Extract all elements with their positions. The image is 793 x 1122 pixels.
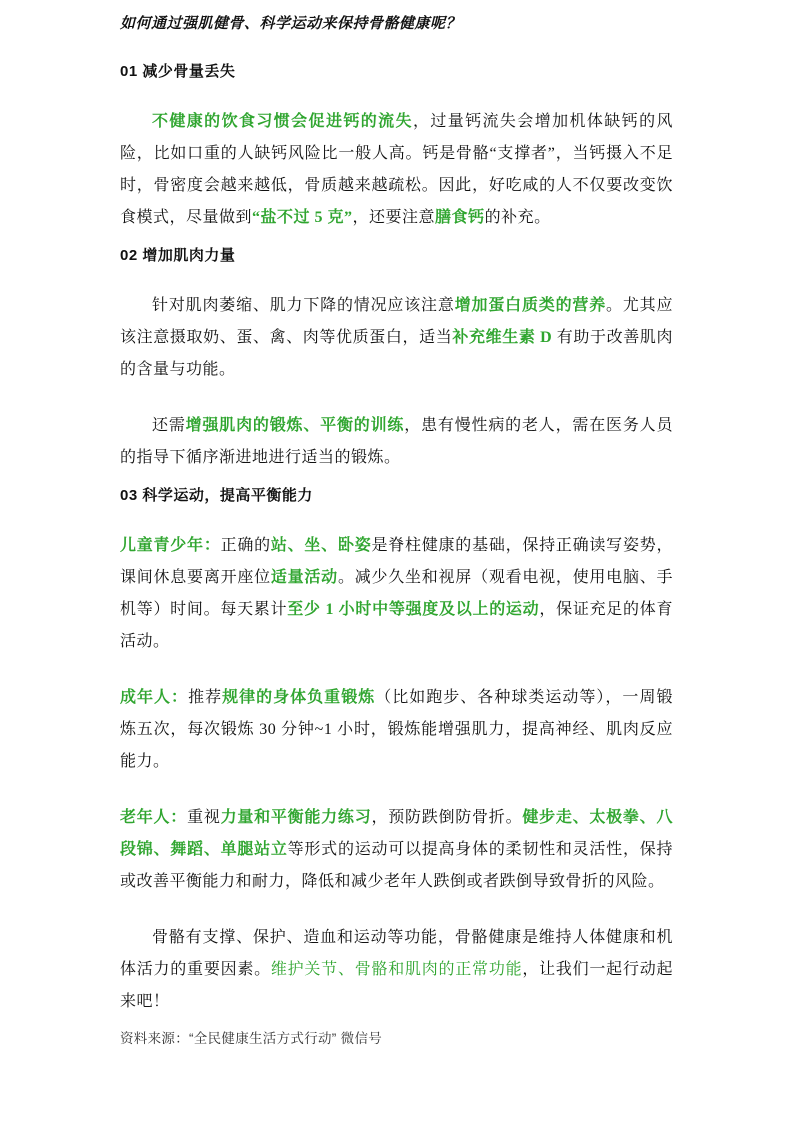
text-run: 补充维生素 D <box>452 329 552 346</box>
text-run: 膳食钙 <box>435 209 485 226</box>
text-run: 增强肌肉的锻炼、平衡的训练 <box>186 417 405 434</box>
text-run: 推荐 <box>188 689 222 706</box>
text-run: 还需 <box>152 417 186 434</box>
section-heading-reduce-bone-loss: 01 减少骨量丢失 <box>120 62 673 82</box>
text-run: 儿童青少年： <box>120 537 221 554</box>
paragraph-protein-nutrition: 针对肌肉萎缩、肌力下降的情况应该注意增加蛋白质类的营养。尤其应该注意摄取奶、蛋、… <box>120 290 673 386</box>
text-run: 规律的身体负重锻炼 <box>222 689 375 706</box>
text-run: 重视 <box>187 809 221 826</box>
text-run: 针对肌肉萎缩、肌力下降的情况应该注意 <box>152 297 455 314</box>
text-run: 增加蛋白质类的营养 <box>455 297 606 314</box>
text-run: 正确的 <box>221 537 271 554</box>
paragraph-adults: 成年人：推荐规律的身体负重锻炼（比如跑步、各种球类运动等），一周锻炼五次，每次锻… <box>120 682 673 778</box>
text-run: 至少 1 小时中等强度及以上的运动 <box>287 601 539 618</box>
text-run: 适量活动 <box>271 569 338 586</box>
text-run: ，还要注意 <box>353 209 436 226</box>
section-heading-scientific-exercise: 03 科学运动，提高平衡能力 <box>120 486 673 506</box>
text-run: 维护关节、骨骼和肌肉的正常功能 <box>271 961 522 978</box>
source-note: 资料来源：“全民健康生活方式行动” 微信号 <box>120 1030 673 1048</box>
article-title: 如何通过强肌健骨、科学运动来保持骨骼健康呢？ <box>120 14 673 34</box>
paragraph-closing: 骨骼有支撑、保护、造血和运动等功能，骨骼健康是维持人体健康和机体活力的重要因素。… <box>120 922 673 1018</box>
text-run: 老年人： <box>120 809 187 826</box>
text-run: 站、坐、卧姿 <box>271 537 372 554</box>
text-run: 成年人： <box>120 689 188 706</box>
text-run: ，预防跌倒防骨折。 <box>371 809 522 826</box>
article-document: 如何通过强肌健骨、科学运动来保持骨骼健康呢？ 01 减少骨量丢失 不健康的饮食习… <box>120 0 673 1048</box>
text-run: 的补充。 <box>485 209 551 226</box>
text-run: “盐不过 5 克” <box>252 209 353 226</box>
section-heading-increase-muscle-strength: 02 增加肌肉力量 <box>120 246 673 266</box>
text-run: 不健康的饮食习惯会促进钙的流失 <box>152 113 413 130</box>
text-run: 力量和平衡能力练习 <box>221 809 372 826</box>
paragraph-calcium-loss: 不健康的饮食习惯会促进钙的流失，过量钙流失会增加机体缺钙的风险，比如口重的人缺钙… <box>120 106 673 234</box>
paragraph-children-teens: 儿童青少年：正确的站、坐、卧姿是脊柱健康的基础，保持正确读写姿势，课间休息要离开… <box>120 530 673 658</box>
paragraph-muscle-training: 还需增强肌肉的锻炼、平衡的训练，患有慢性病的老人，需在医务人员的指导下循序渐进地… <box>120 410 673 474</box>
paragraph-elderly: 老年人：重视力量和平衡能力练习，预防跌倒防骨折。健步走、太极拳、八段锦、舞蹈、单… <box>120 802 673 898</box>
